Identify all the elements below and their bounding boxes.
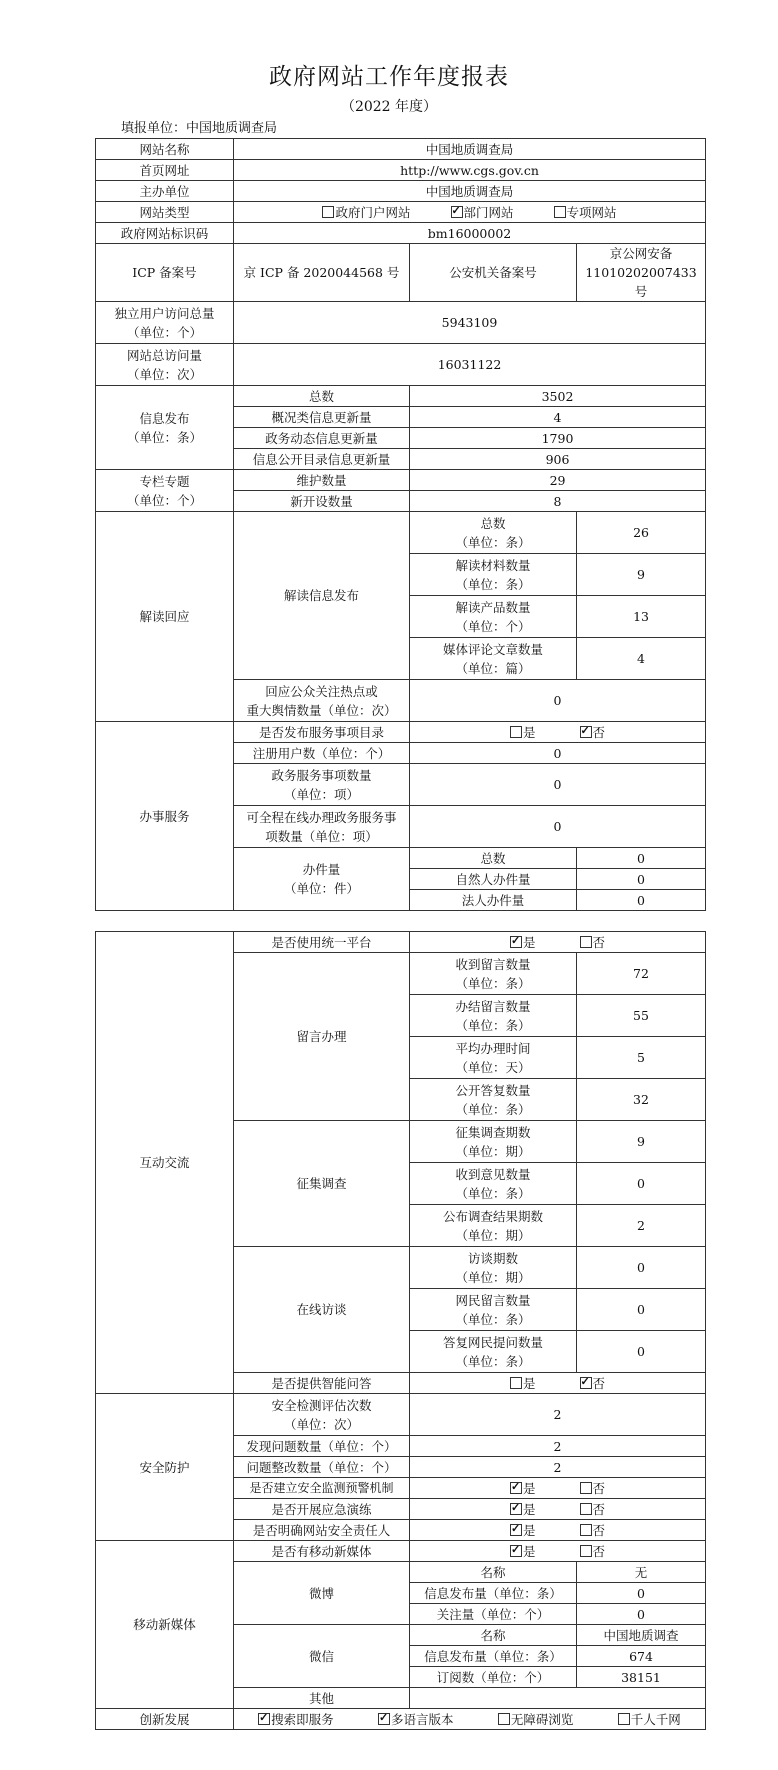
section-label: 专栏专题（单位：个） — [96, 470, 234, 512]
section-label: 移动新媒体 — [96, 1541, 234, 1709]
page-title: 政府网站工作年度报表 — [0, 58, 778, 91]
value-cell: 0 — [577, 1247, 706, 1289]
label-cell: 收到意见数量（单位：条） — [410, 1163, 577, 1205]
value-cell — [410, 1688, 706, 1709]
value-cell: 2 — [410, 1394, 706, 1436]
checkbox-no[interactable]: 否 — [580, 1500, 606, 1519]
label-cell: 订阅数（单位：个） — [410, 1667, 577, 1688]
row-interpret-total: 解读回应 解读信息发布 总数（单位：条） 26 — [96, 512, 706, 554]
label-cell: 信息发布量（单位：条） — [410, 1646, 577, 1667]
row-info-total: 信息发布（单位：条） 总数 3502 — [96, 386, 706, 407]
label-cell: 收到留言数量（单位：条） — [410, 953, 577, 995]
innovation-options: 搜索即服务 多语言版本 无障碍浏览 千人千网 — [234, 1709, 706, 1730]
label-cell: 访谈期数（单位：期） — [410, 1247, 577, 1289]
value-cell: 0 — [410, 806, 706, 848]
checkbox-option[interactable]: 搜索即服务 — [258, 1710, 334, 1729]
checkbox-option[interactable]: 专项网站 — [554, 203, 617, 222]
label-cell: 回应公众关注热点或重大舆情数量（单位：次） — [234, 680, 410, 722]
label-cell: 公开答复数量（单位：条） — [410, 1079, 577, 1121]
checkbox-checked-icon — [451, 206, 463, 218]
subsection-label: 留言办理 — [234, 953, 410, 1121]
label-cell: 公布调查结果期数（单位：期） — [410, 1205, 577, 1247]
label-cell: 概况类信息更新量 — [234, 407, 410, 428]
value-cell: 2 — [410, 1436, 706, 1457]
checkbox-empty-icon — [618, 1713, 630, 1725]
checkbox-empty-icon — [580, 1545, 592, 1557]
label-cell: 政务服务事项数量（单位：项） — [234, 764, 410, 806]
label-cell: 解读材料数量（单位：条） — [410, 554, 577, 596]
subsection-label: 征集调查 — [234, 1121, 410, 1247]
label-cell: 自然人办件量 — [410, 869, 577, 890]
row-security-eval: 安全防护 安全检测评估次数（单位：次） 2 — [96, 1394, 706, 1436]
label-cell: 政府网站标识码 — [96, 223, 234, 244]
value-cell: 0 — [577, 1163, 706, 1205]
site-type-options: 政府门户网站 部门网站 专项网站 — [234, 202, 706, 223]
value-cell: 13 — [577, 596, 706, 638]
label-cell: ICP 备案号 — [96, 244, 234, 302]
report-year: （2022 年度） — [0, 96, 778, 116]
label-cell: 征集调查期数（单位：期） — [410, 1121, 577, 1163]
checkbox-checked-icon — [378, 1713, 390, 1725]
value-cell: 906 — [410, 449, 706, 470]
value-cell: 3502 — [410, 386, 706, 407]
row-mobile-has: 移动新媒体 是否有移动新媒体 是 否 — [96, 1541, 706, 1562]
value-cell: 5 — [577, 1037, 706, 1079]
yes-no-options: 是 否 — [410, 1541, 706, 1562]
value-cell: 0 — [577, 1331, 706, 1373]
label-cell: 网站类型 — [96, 202, 234, 223]
value-cell: 无 — [577, 1562, 706, 1583]
checkbox-empty-icon — [580, 1482, 592, 1494]
label-cell: 总数（单位：条） — [410, 512, 577, 554]
row-page-views: 网站总访问量（单位：次） 16031122 — [96, 344, 706, 386]
row-innovation: 创新发展 搜索即服务 多语言版本 无障碍浏览 千人千网 — [96, 1709, 706, 1730]
label-cell: 信息公开目录信息更新量 — [234, 449, 410, 470]
site-code-value: bm16000002 — [234, 223, 706, 244]
page-views-value: 16031122 — [234, 344, 706, 386]
label-cell: 网民留言数量（单位：条） — [410, 1289, 577, 1331]
value-cell: 55 — [577, 995, 706, 1037]
section-label: 安全防护 — [96, 1394, 234, 1541]
checkbox-empty-icon — [554, 206, 566, 218]
checkbox-yes[interactable]: 是 — [510, 1500, 536, 1519]
checkbox-checked-icon — [580, 1377, 592, 1389]
checkbox-empty-icon — [510, 1377, 522, 1389]
value-cell: 38151 — [577, 1667, 706, 1688]
subsection-label: 办件量（单位：件） — [234, 848, 410, 911]
report-table-part2: 互动交流 是否使用统一平台 是 否 留言办理 收到留言数量（单位：条） 72 办… — [95, 931, 706, 1730]
label-cell: 是否明确网站安全责任人 — [234, 1520, 410, 1541]
section-label: 办事服务 — [96, 722, 234, 911]
label-cell: 网站名称 — [96, 139, 234, 160]
value-cell: 2 — [577, 1205, 706, 1247]
row-site-name: 网站名称 中国地质调查局 — [96, 139, 706, 160]
checkbox-yes[interactable]: 是 — [510, 933, 536, 952]
checkbox-no[interactable]: 否 — [580, 723, 606, 742]
yes-no-options: 是 否 — [410, 932, 706, 953]
report-table-part1: 网站名称 中国地质调查局 首页网址 http://www.cgs.gov.cn … — [95, 138, 706, 911]
homepage-value: http://www.cgs.gov.cn — [234, 160, 706, 181]
row-homepage: 首页网址 http://www.cgs.gov.cn — [96, 160, 706, 181]
label-cell: 独立用户访问总量（单位：个） — [96, 302, 234, 344]
checkbox-no[interactable]: 否 — [580, 1374, 606, 1393]
row-site-type: 网站类型 政府门户网站 部门网站 专项网站 — [96, 202, 706, 223]
value-cell: 1790 — [410, 428, 706, 449]
checkbox-no[interactable]: 否 — [580, 933, 606, 952]
checkbox-empty-icon — [498, 1713, 510, 1725]
checkbox-checked-icon — [510, 1524, 522, 1536]
label-cell: 网站总访问量（单位：次） — [96, 344, 234, 386]
row-icp: ICP 备案号 京 ICP 备 2020044568 号 公安机关备案号 京公网… — [96, 244, 706, 302]
unique-visitors-value: 5943109 — [234, 302, 706, 344]
value-cell: 0 — [577, 1604, 706, 1625]
checkbox-yes[interactable]: 是 — [510, 723, 536, 742]
section-label: 创新发展 — [96, 1709, 234, 1730]
checkbox-checked-icon — [510, 1545, 522, 1557]
checkbox-yes[interactable]: 是 — [510, 1374, 536, 1393]
value-cell: 674 — [577, 1646, 706, 1667]
value-cell: 4 — [410, 407, 706, 428]
checkbox-empty-icon — [580, 1524, 592, 1536]
yes-no-options: 是 否 — [410, 1520, 706, 1541]
section-label: 信息发布（单位：条） — [96, 386, 234, 470]
label-cell: 公安机关备案号 — [410, 244, 577, 302]
value-cell: 0 — [577, 848, 706, 869]
section-label: 互动交流 — [96, 932, 234, 1394]
yes-no-options: 是 否 — [410, 1478, 706, 1499]
checkbox-checked-icon — [510, 936, 522, 948]
label-cell: 总数 — [234, 386, 410, 407]
checkbox-option[interactable]: 千人千网 — [618, 1710, 681, 1729]
label-cell: 是否开展应急演练 — [234, 1499, 410, 1520]
value-cell: 72 — [577, 953, 706, 995]
checkbox-yes[interactable]: 是 — [510, 1479, 536, 1498]
checkbox-checked-icon — [510, 1503, 522, 1515]
label-cell: 媒体评论文章数量（单位：篇） — [410, 638, 577, 680]
row-site-code: 政府网站标识码 bm16000002 — [96, 223, 706, 244]
label-cell: 首页网址 — [96, 160, 234, 181]
value-cell: 0 — [410, 764, 706, 806]
value-cell: 4 — [577, 638, 706, 680]
checkbox-checked-icon — [580, 726, 592, 738]
label-cell: 发现问题数量（单位：个） — [234, 1436, 410, 1457]
checkbox-empty-icon — [580, 936, 592, 948]
label-cell: 问题整改数量（单位：个） — [234, 1457, 410, 1478]
label-cell: 政务动态信息更新量 — [234, 428, 410, 449]
yes-no-options: 是 否 — [410, 1373, 706, 1394]
value-cell: 0 — [410, 680, 706, 722]
value-cell: 9 — [577, 1121, 706, 1163]
value-cell: 0 — [577, 869, 706, 890]
label-cell: 主办单位 — [96, 181, 234, 202]
row-unique-visitors: 独立用户访问总量（单位：个） 5943109 — [96, 302, 706, 344]
label-cell: 安全检测评估次数（单位：次） — [234, 1394, 410, 1436]
label-cell: 答复网民提问数量（单位：条） — [410, 1331, 577, 1373]
label-cell: 可全程在线办理政务服务事项数量（单位：项） — [234, 806, 410, 848]
site-name-value: 中国地质调查局 — [234, 139, 706, 160]
checkbox-checked-icon — [510, 1482, 522, 1494]
checkbox-yes[interactable]: 是 — [510, 1542, 536, 1561]
checkbox-no[interactable]: 否 — [580, 1542, 606, 1561]
checkbox-option[interactable]: 政府门户网站 — [322, 203, 410, 222]
label-cell: 解读产品数量（单位：个） — [410, 596, 577, 638]
label-cell: 其他 — [234, 1688, 410, 1709]
label-cell: 是否建立安全监测预警机制 — [234, 1478, 410, 1499]
row-unified-platform: 互动交流 是否使用统一平台 是 否 — [96, 932, 706, 953]
label-cell: 是否提供智能问答 — [234, 1373, 410, 1394]
icp-value: 京 ICP 备 2020044568 号 — [234, 244, 410, 302]
section-label: 解读回应 — [96, 512, 234, 722]
row-service-catalog: 办事服务 是否发布服务事项目录 是 否 — [96, 722, 706, 743]
label-cell: 是否发布服务事项目录 — [234, 722, 410, 743]
yes-no-options: 是 否 — [410, 722, 706, 743]
label-cell: 是否使用统一平台 — [234, 932, 410, 953]
subsection-label: 微信 — [234, 1625, 410, 1688]
checkbox-option[interactable]: 部门网站 — [451, 203, 514, 222]
checkbox-empty-icon — [580, 1503, 592, 1515]
sponsor-value: 中国地质调查局 — [234, 181, 706, 202]
label-cell: 注册用户数（单位：个） — [234, 743, 410, 764]
subsection-label: 在线访谈 — [234, 1247, 410, 1373]
label-cell: 信息发布量（单位：条） — [410, 1583, 577, 1604]
label-cell: 维护数量 — [234, 470, 410, 491]
value-cell: 8 — [410, 491, 706, 512]
label-cell: 总数 — [410, 848, 577, 869]
checkbox-option[interactable]: 无障碍浏览 — [498, 1710, 574, 1729]
label-cell: 新开设数量 — [234, 491, 410, 512]
label-cell: 是否有移动新媒体 — [234, 1541, 410, 1562]
checkbox-checked-icon — [258, 1713, 270, 1725]
checkbox-no[interactable]: 否 — [580, 1479, 606, 1498]
checkbox-no[interactable]: 否 — [580, 1521, 606, 1540]
subsection-label: 微博 — [234, 1562, 410, 1625]
label-cell: 平均办理时间（单位：天） — [410, 1037, 577, 1079]
value-cell: 中国地质调查 — [577, 1625, 706, 1646]
checkbox-empty-icon — [510, 726, 522, 738]
value-cell: 26 — [577, 512, 706, 554]
row-sponsor: 主办单位 中国地质调查局 — [96, 181, 706, 202]
value-cell: 0 — [577, 890, 706, 911]
label-cell: 法人办件量 — [410, 890, 577, 911]
label-cell: 办结留言数量（单位：条） — [410, 995, 577, 1037]
checkbox-option[interactable]: 多语言版本 — [378, 1710, 454, 1729]
yes-no-options: 是 否 — [410, 1499, 706, 1520]
row-columns-maintained: 专栏专题（单位：个） 维护数量 29 — [96, 470, 706, 491]
police-record-value: 京公网安备11010202007433 号 — [577, 244, 706, 302]
label-cell: 名称 — [410, 1562, 577, 1583]
subsection-label: 解读信息发布 — [234, 512, 410, 680]
label-cell: 关注量（单位：个） — [410, 1604, 577, 1625]
value-cell: 9 — [577, 554, 706, 596]
value-cell: 29 — [410, 470, 706, 491]
value-cell: 0 — [577, 1289, 706, 1331]
value-cell: 0 — [410, 743, 706, 764]
value-cell: 0 — [577, 1583, 706, 1604]
value-cell: 2 — [410, 1457, 706, 1478]
label-cell: 名称 — [410, 1625, 577, 1646]
checkbox-empty-icon — [322, 206, 334, 218]
filler-unit: 填报单位：中国地质调查局 — [121, 117, 277, 136]
value-cell: 32 — [577, 1079, 706, 1121]
checkbox-yes[interactable]: 是 — [510, 1521, 536, 1540]
